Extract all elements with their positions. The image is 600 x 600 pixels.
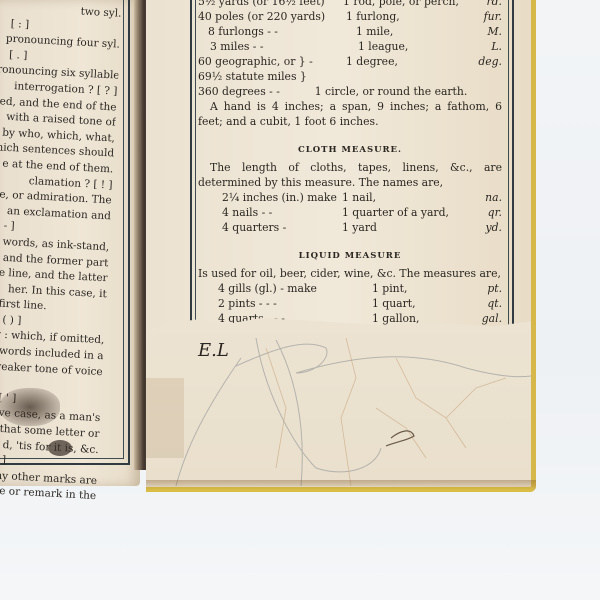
table-row: 2¼ inches (in.) make 1 nail, na. — [198, 190, 502, 205]
to-cell: 1 furlong, — [346, 9, 458, 24]
left-page: two syl. [ : ] pronouncing four syl. [ .… — [0, 0, 140, 486]
from-cell: 3 miles - - — [198, 39, 358, 54]
abbr-cell: deg. — [458, 54, 502, 69]
table-row: 40 poles (or 220 yards) 1 furlong, fur. — [198, 9, 502, 24]
from-cell: 69½ statute miles } — [198, 69, 346, 84]
section-heading: LIQUID MEASURE — [198, 249, 502, 264]
table-row: 360 degrees - - 1 circle, or round the e… — [198, 84, 502, 99]
from-cell: 4 nails - - — [222, 205, 342, 220]
table-row: 4 gills (gl.) - make 1 pint, pt. — [198, 281, 502, 296]
abbr-cell: L. — [458, 39, 502, 54]
from-cell: 40 poles (or 220 yards) — [198, 9, 346, 24]
to-cell: 1 quarter of a yard, — [342, 205, 458, 220]
section-heading: CLOTH MEASURE. — [198, 143, 502, 158]
abbr-cell: gal. — [458, 311, 502, 326]
abbr-cell: yd. — [458, 220, 502, 235]
to-cell: 1 quart, — [372, 296, 458, 311]
table-row: 60 geographic, or } - 1 degree, deg. — [198, 54, 502, 69]
long-measure-note: A hand is 4 inches; a span, 9 inches; a … — [198, 99, 502, 129]
to-cell: 1 nail, — [342, 190, 458, 205]
section-intro: The length of cloths, tapes, linens, &c.… — [198, 160, 502, 190]
from-cell: 2¼ inches (in.) make — [222, 190, 342, 205]
from-cell: 60 geographic, or } - — [198, 54, 346, 69]
abbr-cell: qt. — [458, 296, 502, 311]
from-cell: 4 quarters - — [222, 220, 342, 235]
abbr-cell: M. — [458, 24, 502, 39]
to-cell: 1 mile, — [356, 24, 458, 39]
table-row: 4 quarters - 1 yard yd. — [198, 220, 502, 235]
to-cell — [346, 69, 458, 84]
to-cell: 1 degree, — [346, 54, 458, 69]
table-row: 8 furlongs - - 1 mile, M. — [198, 24, 502, 39]
cover-edge-shadow — [146, 480, 536, 490]
ink-stain — [0, 388, 60, 426]
cloth-measure-section: CLOTH MEASURE. The length of cloths, tap… — [198, 143, 502, 235]
table-row: 2 pints - - - 1 quart, qt. — [198, 296, 502, 311]
to-cell: 1 pint, — [372, 281, 458, 296]
table-row: 4 nails - - 1 quarter of a yard, qr. — [198, 205, 502, 220]
long-measure-table: 5½ yards (or 16½ feet) 1 rod, pole, or p… — [198, 0, 502, 129]
to-cell: 1 league, — [358, 39, 458, 54]
table-row: 5½ yards (or 16½ feet) 1 rod, pole, or p… — [198, 0, 502, 9]
to-cell: 1 circle, or round the earth. — [315, 84, 468, 99]
to-cell: 1 rod, pole, or perch, — [343, 0, 459, 9]
from-cell: 4 gills (gl.) - make — [218, 281, 372, 296]
from-cell: 8 furlongs - - — [198, 24, 356, 39]
abbr-cell: rd. — [459, 0, 502, 9]
table-row: 3 miles - - 1 league, L. — [198, 39, 502, 54]
handwritten-initials: E.L — [198, 340, 229, 361]
abbr-cell — [467, 84, 502, 99]
to-cell: 1 yard — [342, 220, 458, 235]
abbr-cell: na. — [458, 190, 502, 205]
from-cell: 2 pints - - - — [218, 296, 372, 311]
ink-stain — [48, 440, 72, 456]
section-intro: Is used for oil, beer, cider, wine, &c. … — [198, 266, 502, 281]
from-cell: 5½ yards (or 16½ feet) — [198, 0, 343, 9]
abbr-cell: fur. — [458, 9, 502, 24]
abbr-cell — [458, 69, 502, 84]
abbr-cell: qr. — [458, 205, 502, 220]
book-photo: two syl. [ : ] pronouncing four syl. [ .… — [0, 0, 600, 600]
table-row: 69½ statute miles } — [198, 69, 502, 84]
from-cell: 360 degrees - - — [198, 84, 315, 99]
abbr-cell: pt. — [458, 281, 502, 296]
